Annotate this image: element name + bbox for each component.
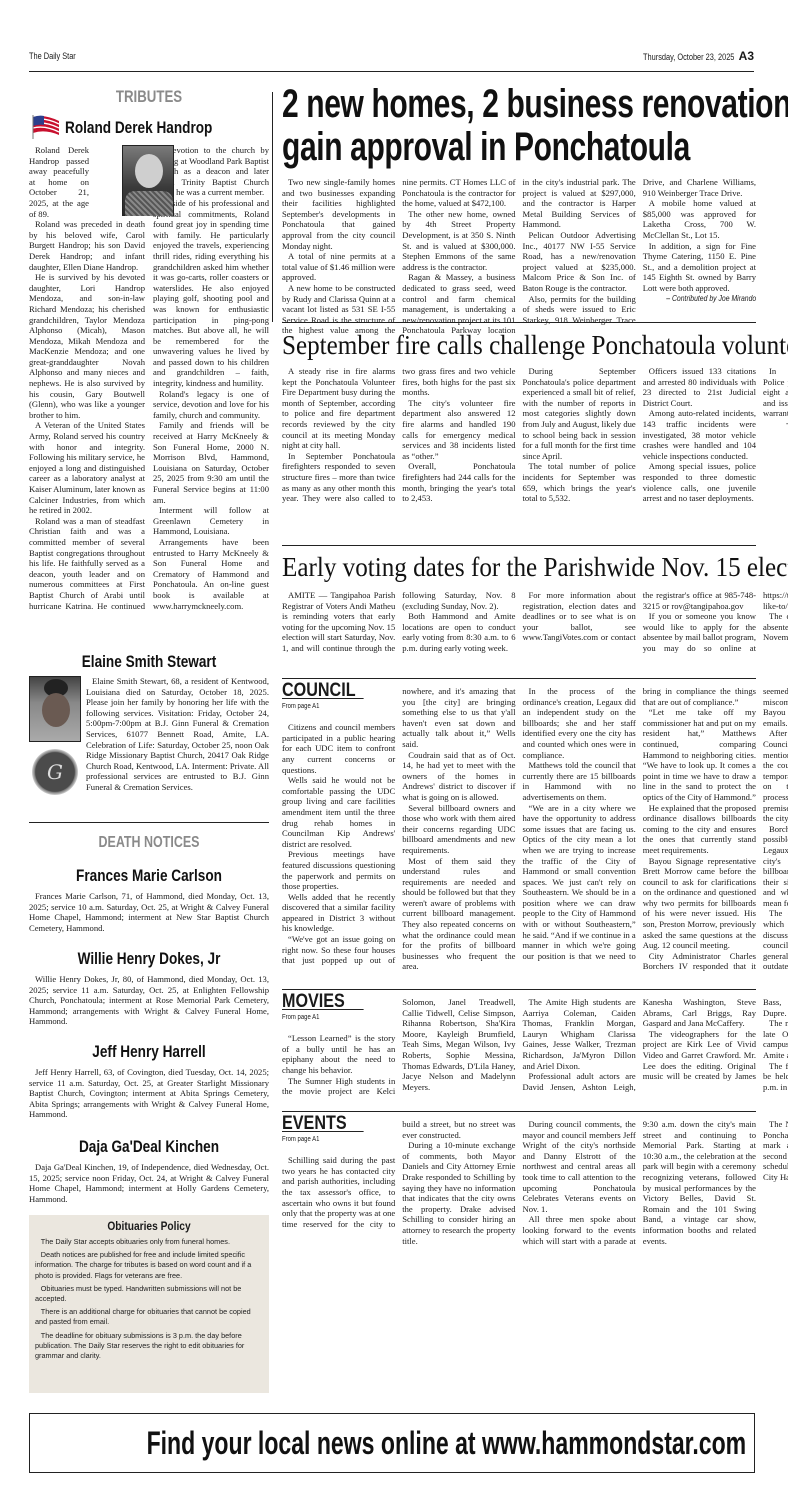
events-jump[interactable]: From page A1	[282, 1135, 378, 1146]
article-paragraph: A steady rise in fire alarms kept the Po…	[282, 366, 395, 451]
death-notice-name: Daja Ga'Deal Kinchen	[53, 1137, 245, 1157]
article-paragraph: Among special issues, police responded t…	[643, 461, 756, 503]
article-paragraph: Citizens and council members participate…	[282, 722, 395, 775]
paper-name: The Daily Star	[29, 51, 76, 61]
article-paragraph: A total of nine permits at a total value…	[282, 251, 395, 283]
article-paragraph: Coudrain said that as of Oct. 14, he had…	[402, 750, 515, 803]
article-paragraph: Overall, Ponchatoula firefighters had 24…	[402, 461, 515, 503]
death-notice-name: Willie Henry Dokes, Jr	[53, 949, 245, 969]
movies-jump[interactable]: From page A1	[282, 1013, 378, 1024]
roland-obituary: Roland Derek Handrop passed away peacefu…	[29, 145, 269, 645]
funeral-home-logo-icon: G	[32, 749, 78, 795]
website-banner[interactable]: Find your local news online at www.hammo…	[29, 1413, 755, 1473]
article-paragraph: Several billboard owners and those who w…	[402, 803, 515, 856]
issue-date: Thursday, October 23, 2025	[643, 52, 734, 62]
elaine-paragraph: Elaine Smith Stewart, 68, a resident of …	[86, 676, 269, 793]
death-notice: Willie Henry Dokes, Jr Willie Henry Doke…	[29, 949, 269, 1027]
roland-text: Roland Derek Handrop passed away peacefu…	[29, 145, 269, 645]
article-paragraph: Pelican Outdoor Advertising Inc., 40177 …	[523, 230, 636, 294]
article-paragraph: The other new home, owned by 4th Street …	[402, 209, 515, 273]
events-article: EVENTS From page A1 Schilling said durin…	[282, 1119, 756, 1247]
permits-headline-line2: gain approval in Ponchatoula	[282, 127, 638, 167]
policy-paragraph: There is an additional charge for obitua…	[35, 1307, 263, 1327]
article-paragraph: Matthews told the council that currently…	[523, 760, 636, 802]
article-paragraph: The total number of police incidents for…	[523, 461, 636, 503]
events-kicker-block: EVENTS From page A1	[282, 1119, 395, 1145]
council-article: COUNCIL From page A1 Citizens and counci…	[282, 686, 756, 976]
roland-paragraph: Roland was preceded in death by his belo…	[29, 219, 145, 272]
tributes-label: TRIBUTES	[55, 87, 242, 107]
article-paragraph: The Amite High students are Aarriya Cole…	[523, 997, 636, 1071]
movies-body: MOVIES From page A1 “Lesson Learned” is …	[282, 997, 756, 1099]
death-notice-text: Frances Marie Carlson, 71, of Hammond, d…	[29, 891, 269, 933]
events-kicker: EVENTS	[282, 1119, 364, 1132]
article-divider	[282, 1111, 756, 1112]
article-paragraph: Wells added that he recently discovered …	[282, 892, 395, 934]
elaine-text: Elaine Smith Stewart, 68, a resident of …	[86, 676, 269, 793]
death-notice: Daja Ga'Deal Kinchen Daja Ga'Deal Kinche…	[29, 1137, 269, 1204]
article-paragraph: During a 10-minute exchange of comments,…	[402, 1140, 515, 1246]
obituaries-policy-box: Obituaries Policy The Daily Star accepts…	[29, 1215, 269, 1393]
elaine-photo	[29, 676, 81, 742]
article-paragraph: Officers issued 133 citations and arrest…	[643, 366, 756, 408]
voting-headline: Early voting dates for the Parishwide No…	[282, 552, 723, 582]
article-paragraph: During council comments, the mayor and c…	[523, 1119, 636, 1214]
roland-paragraph: Arrangements have been entrusted to Harr…	[153, 537, 269, 611]
article-paragraph: Both Hammond and Amite locations are ope…	[402, 611, 515, 653]
roland-paragraph: He is survived by his devoted daughter, …	[29, 272, 145, 420]
article-paragraph: Bayou Signage representative Brett Morro…	[643, 856, 756, 951]
policy-paragraph: The Daily Star accepts obituaries only f…	[35, 1237, 263, 1247]
article-paragraph: He explained that the proposed ordinance…	[643, 803, 756, 856]
roland-heading: Roland Derek Handrop	[29, 115, 269, 141]
death-notice-name: Jeff Henry Harrell	[53, 1042, 245, 1062]
permits-byline: – Contributed by Joe Mirando	[656, 294, 756, 305]
article-paragraph: The final World Premiere will be held Th…	[763, 1061, 788, 1093]
fire-article: September fire calls challenge Ponchatou…	[282, 330, 756, 506]
article-paragraph: “Lesson Learned” is the story of a bully…	[282, 1033, 395, 1075]
roland-paragraph: A Veteran of the United States Army, Rol…	[29, 420, 145, 515]
roland-paragraph: Roland Derek Handrop passed away peacefu…	[29, 145, 89, 219]
roland-paragraph: Outside of his professional and spiritua…	[153, 198, 269, 389]
fire-body: A steady rise in fire alarms kept the Po…	[282, 366, 756, 506]
article-divider	[282, 545, 756, 546]
article-paragraph: During September Ponchatoula's police de…	[523, 366, 636, 461]
roland-paragraph: Family and friends will be received at H…	[153, 420, 269, 505]
council-kicker: COUNCIL	[282, 686, 364, 699]
page-header: The Daily Star Thursday, October 23, 202…	[29, 44, 754, 72]
roland-paragraph: Roland's legacy is one of service, devot…	[153, 389, 269, 421]
policy-paragraph: Death notices are published for free and…	[35, 1250, 263, 1281]
article-divider	[282, 678, 756, 679]
article-paragraph: Most of them said they understand rules …	[402, 856, 515, 973]
fire-byline: – Contributed by Joe Mirando	[777, 419, 788, 430]
article-paragraph: Previous meetings have featured discussi…	[282, 849, 395, 891]
article-paragraph: The November meeting of the Ponchatoula …	[763, 1119, 788, 1183]
policy-paragraph: Obituaries must be typed. Handwritten su…	[35, 1284, 263, 1304]
fire-headline: September fire calls challenge Ponchatou…	[282, 330, 723, 360]
elaine-heading: Elaine Smith Stewart	[29, 652, 269, 672]
roland-photo	[122, 145, 174, 216]
column-rule	[272, 92, 273, 322]
article-paragraph: The movies will be videoed in late Octob…	[763, 1018, 788, 1060]
roland-paragraph: Interment will follow at Greenlawn Cemet…	[153, 505, 269, 537]
article-paragraph: The city's volunteer fire department als…	[402, 398, 515, 462]
section-divider	[29, 822, 269, 823]
page-number: A3	[739, 49, 754, 63]
death-notices-label: DEATH NOTICES	[55, 834, 242, 852]
article-paragraph: Borchers mentioned it is possible to get…	[763, 824, 788, 909]
banner-text: Find your local news online at www.hammo…	[147, 1414, 747, 1472]
roland-name: Roland Derek Handrop	[65, 118, 212, 138]
article-paragraph: In addition, Ponchatoula Police provided…	[763, 366, 788, 419]
policy-title: Obituaries Policy	[52, 1219, 246, 1233]
death-notice-name: Frances Marie Carlson	[53, 866, 245, 886]
death-notice-text: Daja Ga'Deal Kinchen, 19, of Independenc…	[29, 1162, 269, 1204]
death-notice: Frances Marie Carlson Frances Marie Carl…	[29, 866, 269, 933]
elaine-name: Elaine Smith Stewart	[53, 652, 245, 672]
movies-kicker-block: MOVIES From page A1	[282, 997, 395, 1023]
voting-article: Early voting dates for the Parishwide No…	[282, 552, 756, 656]
article-paragraph: Two new single-family homes and two busi…	[282, 177, 395, 251]
article-paragraph: In addition, a sign for Fine Thyme Cater…	[643, 241, 756, 294]
header-right: Thursday, October 23, 2025 A3	[623, 49, 754, 63]
events-body: EVENTS From page A1 Schilling said durin…	[282, 1119, 756, 1247]
council-kicker-block: COUNCIL From page A1	[282, 686, 395, 712]
article-paragraph: The other UDC amendment, which didn't re…	[763, 908, 788, 972]
council-body: COUNCIL From page A1 Citizens and counci…	[282, 686, 756, 976]
voting-body: AMITE — Tangipahoa Parish Registrar of V…	[282, 590, 756, 656]
article-divider	[282, 989, 756, 990]
american-flag-icon	[31, 115, 61, 139]
permits-headline-line1: 2 new homes, 2 business renovations	[282, 84, 638, 124]
death-notice: Jeff Henry Harrell Jeff Henry Harrell, 6…	[29, 1042, 269, 1120]
article-paragraph: “Let me take off my commissioner hat and…	[643, 707, 756, 802]
movies-article: MOVIES From page A1 “Lesson Learned” is …	[282, 997, 756, 1099]
death-notice-text: Willie Henry Dokes, Jr, 80, of Hammond, …	[29, 974, 269, 1027]
death-notice-text: Jeff Henry Harrell, 63, of Covington, di…	[29, 1067, 269, 1120]
council-jump[interactable]: From page A1	[282, 702, 378, 713]
movies-kicker: MOVIES	[282, 997, 364, 1010]
article-divider	[282, 322, 756, 323]
article-paragraph: Among auto-related incidents, 143 traffi…	[643, 408, 756, 461]
article-paragraph: After tabling the item, Councilwoman Car…	[763, 728, 788, 823]
article-paragraph: Wells said he would not be comfortable p…	[282, 775, 395, 849]
article-paragraph: In the process of the ordinance's creati…	[523, 686, 636, 760]
permits-body: Two new single-family homes and two busi…	[282, 177, 756, 337]
policy-paragraph: The deadline for obituary submissions is…	[35, 1331, 263, 1362]
permits-article: 2 new homes, 2 business renovations gain…	[282, 84, 756, 337]
article-paragraph: A mobile home valued at $85,000 was appr…	[643, 198, 756, 240]
